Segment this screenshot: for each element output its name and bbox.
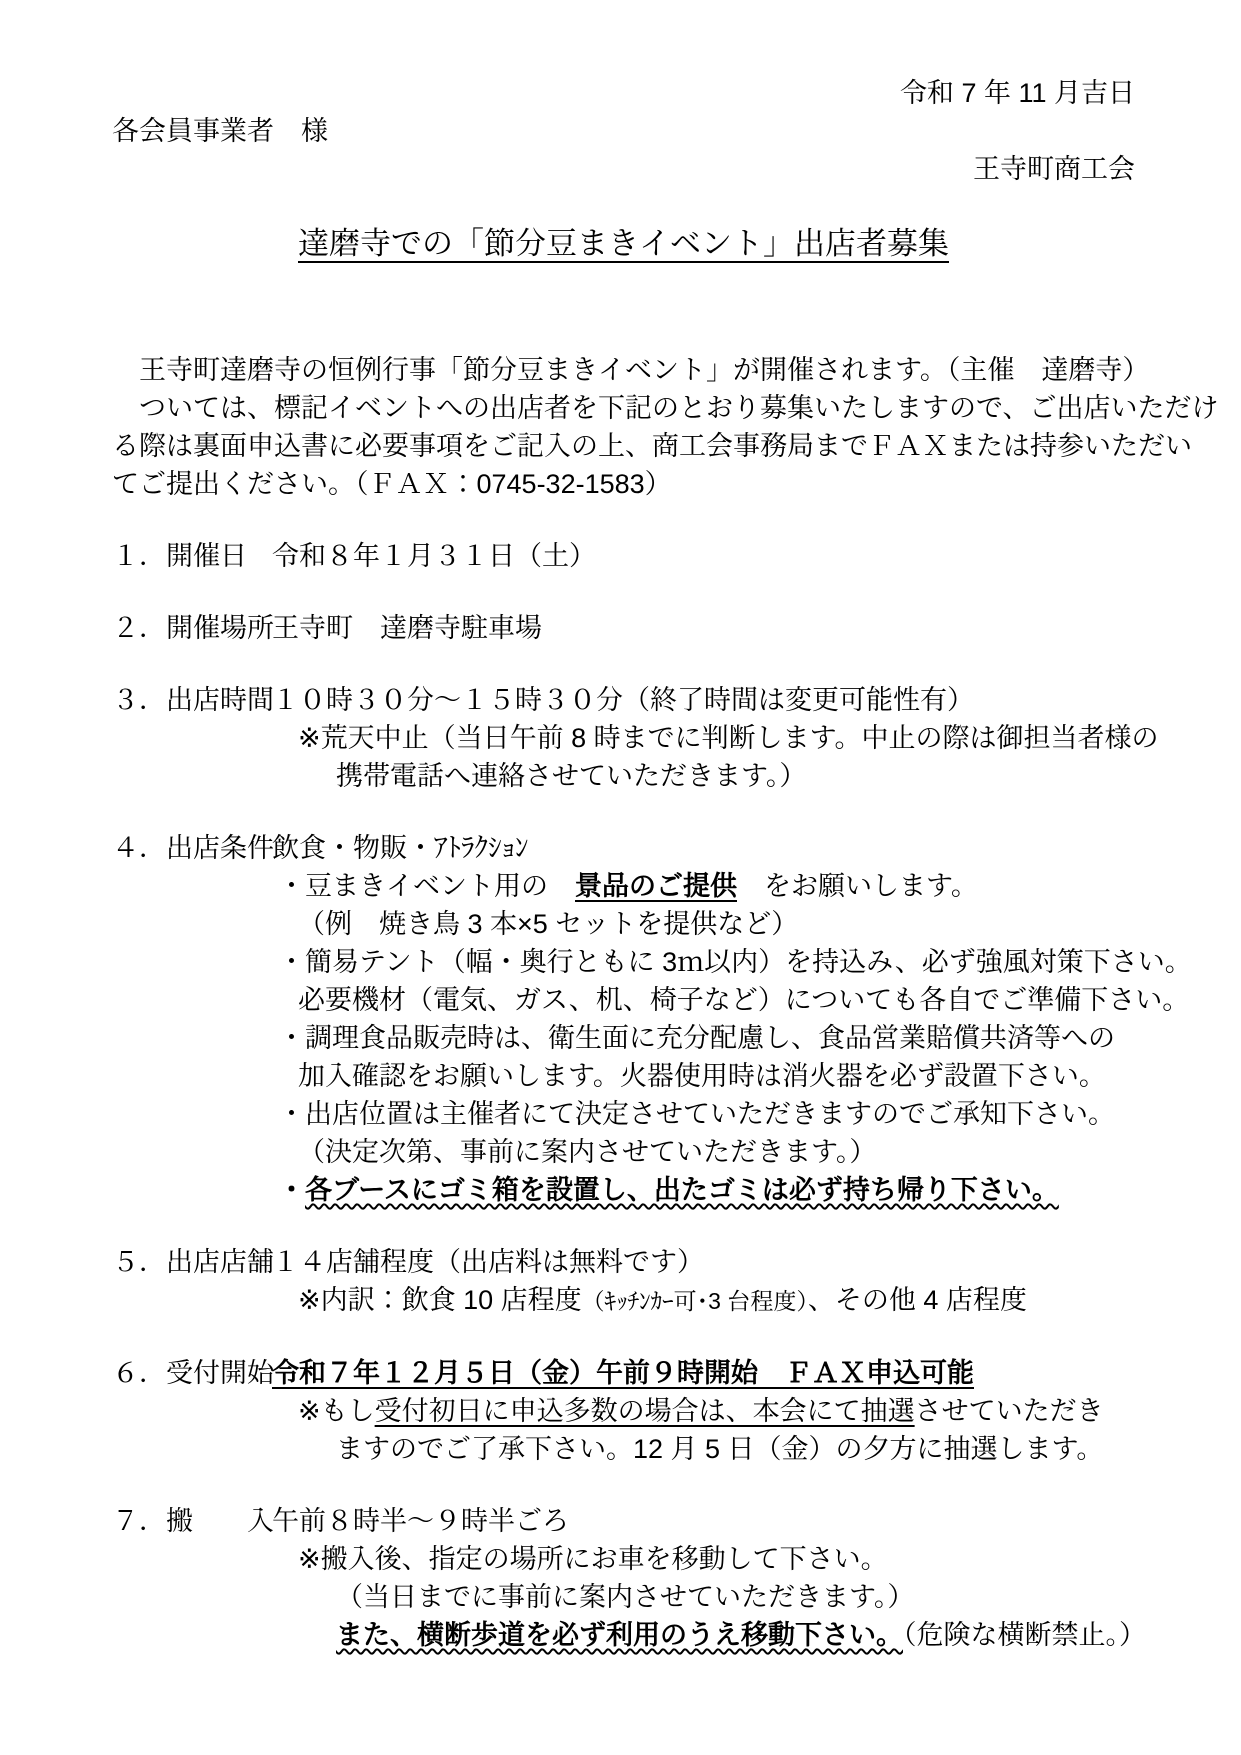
text-segment: （当日までに事前に案内させていただきます。） [336,1582,914,1612]
section-line: また、横断歩道を必ず利用のうえ移動下さい。（危険な横断禁止。） [336,1616,1135,1654]
section-content: １４店舗程度（出店料は無料です）※内訳：飲食 10 店程度（ｷｯﾁﾝｶｰ可･3 … [272,1243,1135,1320]
section: ７．搬 入午前８時半～９時半ごろ※搬入後、指定の場所にお車を移動して下さい。（当… [112,1502,1135,1654]
section-line: ・簡易テント（幅・奥行ともに 3ｍ以内）を持込み、必ず強風対策下さい。 [278,943,1135,981]
text-segment: ・豆まきイベント用の [278,871,575,901]
text-segment: てご提出ください。（ＦＡＸ：0745-32-1583） [112,469,672,499]
section-line: 必要機材（電気、ガス、机、椅子など）についても各自でご準備下さい。 [298,981,1135,1019]
text-segment: １０時３０分～１５時３０分（終了時間は変更可能性有） [272,685,974,715]
text-segment: また、横断歩道を必ず利用のうえ移動下さい。 [336,1620,903,1650]
section-line: ・各ブースにゴミ箱を設置し、出たゴミは必ず持ち帰り下さい。 [278,1171,1135,1209]
section-line: ・豆まきイベント用の 景品のご提供 をお願いします。 [278,867,1135,905]
doc-title-text: 達磨寺での「節分豆まきイベント」出店者募集 [298,226,949,261]
text-segment: 午前８時半～９時半ごろ [272,1506,569,1536]
text-segment: ますのでご了承下さい。12 月 5 日（金）の夕方に抽選します。 [336,1434,1103,1464]
section-content: １０時３０分～１５時３０分（終了時間は変更可能性有）※荒天中止（当日午前 8 時… [272,681,1135,795]
text-segment: させていただき [915,1396,1104,1426]
intro-line: 王寺町達磨寺の恒例行事「節分豆まきイベント」が開催されます。（主催 達磨寺） [112,351,1135,389]
section-line: １４店舗程度（出店料は無料です） [272,1243,1135,1281]
section-label: １．開催日 [112,537,272,575]
text-segment: 携帯電話へ連絡させていただきます。） [336,761,806,791]
section-line: ・調理食品販売時は、衛生面に充分配慮し、食品営業賠償共済等への [278,1019,1135,1057]
intro-line: る際は裏面申込書に必要事項をご記入の上、商工会事務局までＦＡＸまたは持参いただい [112,427,1135,465]
section-line: 令和８年１月３１日（土） [272,537,1135,575]
section-label: ５．出店店舗 [112,1243,272,1320]
section-line: （例 焼き鳥 3 本×5 セットを提供など） [298,905,1135,943]
text-segment: 王寺町 達磨寺駐車場 [272,613,542,643]
text-segment: 加入確認をお願いします。火器使用時は消火器を必ず設置下さい。 [298,1061,1106,1091]
intro-paragraph: 王寺町達磨寺の恒例行事「節分豆まきイベント」が開催されます。（主催 達磨寺） つ… [112,351,1135,503]
section-line: ※もし受付初日に申込多数の場合は、本会にて抽選させていただき [298,1392,1135,1430]
section-content: 令和８年１月３１日（土） [272,537,1135,575]
section: ３．出店時間１０時３０分～１５時３０分（終了時間は変更可能性有）※荒天中止（当日… [112,681,1135,795]
text-segment: 令和８年１月３１日（土） [272,541,596,571]
text-segment: ついては、標記イベントへの出店者を下記のとおり募集いたしますので、ご出店いただけ [112,393,1218,423]
doc-date: 令和 7 年 11 月吉日 [112,74,1135,112]
text-segment: ・簡易テント（幅・奥行ともに 3ｍ以内）を持込み、必ず強風対策下さい。 [278,947,1192,977]
section-line: 携帯電話へ連絡させていただきます。） [336,757,1135,795]
text-segment: ※もし [298,1396,375,1426]
section: ４．出店条件飲食・物販・ｱﾄﾗｸｼｮﾝ・豆まきイベント用の 景品のご提供 をお願… [112,829,1135,1209]
section-line: ※搬入後、指定の場所にお車を移動して下さい。 [298,1540,1135,1578]
text-segment: 、その他 4 店程度 [808,1285,1027,1315]
text-segment: （危険な横断禁止。） [903,1620,1146,1650]
numbered-sections: １．開催日令和８年１月３１日（土）２．開催場所王寺町 達磨寺駐車場３．出店時間１… [112,537,1135,1654]
section-line: （当日までに事前に案内させていただきます。） [336,1578,1135,1616]
section: ６．受付開始令和７年１２月５日（金）午前９時開始 ＦＡＸ申込可能※もし受付初日に… [112,1354,1135,1468]
section-line: （決定次第、事前に案内させていただきます。） [298,1133,1135,1171]
section-line: 飲食・物販・ｱﾄﾗｸｼｮﾝ [272,829,1135,867]
document-page: 令和 7 年 11 月吉日 各会員事業者 様 王寺町商工会 達磨寺での「節分豆ま… [0,0,1241,1755]
section-line: ※荒天中止（当日午前 8 時までに判断します。中止の際は御担当者様の [298,719,1135,757]
section-line: 午前８時半～９時半ごろ [272,1502,1135,1540]
section-line: 加入確認をお願いします。火器使用時は消火器を必ず設置下さい。 [298,1057,1135,1095]
doc-sender: 王寺町商工会 [112,150,1135,188]
section-label: ２．開催場所 [112,609,272,647]
section-line: ※内訳：飲食 10 店程度（ｷｯﾁﾝｶｰ可･3 台程度）、その他 4 店程度 [298,1281,1135,1320]
section-label: ４．出店条件 [112,829,272,1209]
text-segment: る際は裏面申込書に必要事項をご記入の上、商工会事務局までＦＡＸまたは持参いただい [112,431,1192,461]
text-segment: 受付初日に申込多数の場合は、本会にて抽選 [375,1396,915,1426]
section-label: ６．受付開始 [112,1354,272,1468]
text-segment: （例 焼き鳥 3 本×5 セットを提供など） [298,909,798,939]
section-line: １０時３０分～１５時３０分（終了時間は変更可能性有） [272,681,1135,719]
text-segment: をお願いします。 [737,871,978,901]
intro-line: ついては、標記イベントへの出店者を下記のとおり募集いたしますので、ご出店いただけ [112,389,1135,427]
text-segment: ・ [278,1175,305,1205]
text-segment: 必要機材（電気、ガス、机、椅子など）についても各自でご準備下さい。 [298,985,1189,1015]
text-segment: （ｷｯﾁﾝｶｰ可･3 台程度） [582,1288,808,1314]
text-segment: 各ブースにゴミ箱を設置し、出たゴミは必ず持ち帰り下さい。 [305,1175,1059,1205]
text-segment: 飲食・物販・ｱﾄﾗｸｼｮﾝ [272,833,529,863]
section: ５．出店店舗１４店舗程度（出店料は無料です）※内訳：飲食 10 店程度（ｷｯﾁﾝ… [112,1243,1135,1320]
text-segment: ※搬入後、指定の場所にお車を移動して下さい。 [298,1544,888,1574]
text-segment: 景品のご提供 [575,871,737,901]
section-content: 飲食・物販・ｱﾄﾗｸｼｮﾝ・豆まきイベント用の 景品のご提供 をお願いします。（… [272,829,1135,1209]
section: ２．開催場所王寺町 達磨寺駐車場 [112,609,1135,647]
section-content: 王寺町 達磨寺駐車場 [272,609,1135,647]
text-segment: ※荒天中止（当日午前 8 時までに判断します。中止の際は御担当者様の [298,723,1158,753]
doc-recipient: 各会員事業者 様 [112,112,1135,150]
section-line: 王寺町 達磨寺駐車場 [272,609,1135,647]
text-segment: ※内訳：飲食 10 店程度 [298,1285,582,1315]
intro-line: てご提出ください。（ＦＡＸ：0745-32-1583） [112,465,1135,503]
text-segment: ・出店位置は主催者にて決定させていただきますのでご承知下さい。 [278,1099,1115,1129]
section-content: 午前８時半～９時半ごろ※搬入後、指定の場所にお車を移動して下さい。（当日までに事… [272,1502,1135,1654]
doc-title: 達磨寺での「節分豆まきイベント」出店者募集 [112,221,1135,267]
section-line: ・出店位置は主催者にて決定させていただきますのでご承知下さい。 [278,1095,1135,1133]
section: １．開催日令和８年１月３１日（土） [112,537,1135,575]
section-label: ７．搬 入 [112,1502,272,1654]
text-segment: ・調理食品販売時は、衛生面に充分配慮し、食品営業賠償共済等への [278,1023,1115,1053]
text-segment: 王寺町達磨寺の恒例行事「節分豆まきイベント」が開催されます。（主催 達磨寺） [112,355,1149,385]
text-segment: １４店舗程度（出店料は無料です） [272,1247,704,1277]
text-segment: （決定次第、事前に案内させていただきます。） [298,1137,876,1167]
section-line: 令和７年１２月５日（金）午前９時開始 ＦＡＸ申込可能 [272,1354,1135,1392]
section-label: ３．出店時間 [112,681,272,795]
text-segment: 令和７年１２月５日（金）午前９時開始 ＦＡＸ申込可能 [272,1358,974,1388]
section-content: 令和７年１２月５日（金）午前９時開始 ＦＡＸ申込可能※もし受付初日に申込多数の場… [272,1354,1135,1468]
section-line: ますのでご了承下さい。12 月 5 日（金）の夕方に抽選します。 [336,1430,1135,1468]
